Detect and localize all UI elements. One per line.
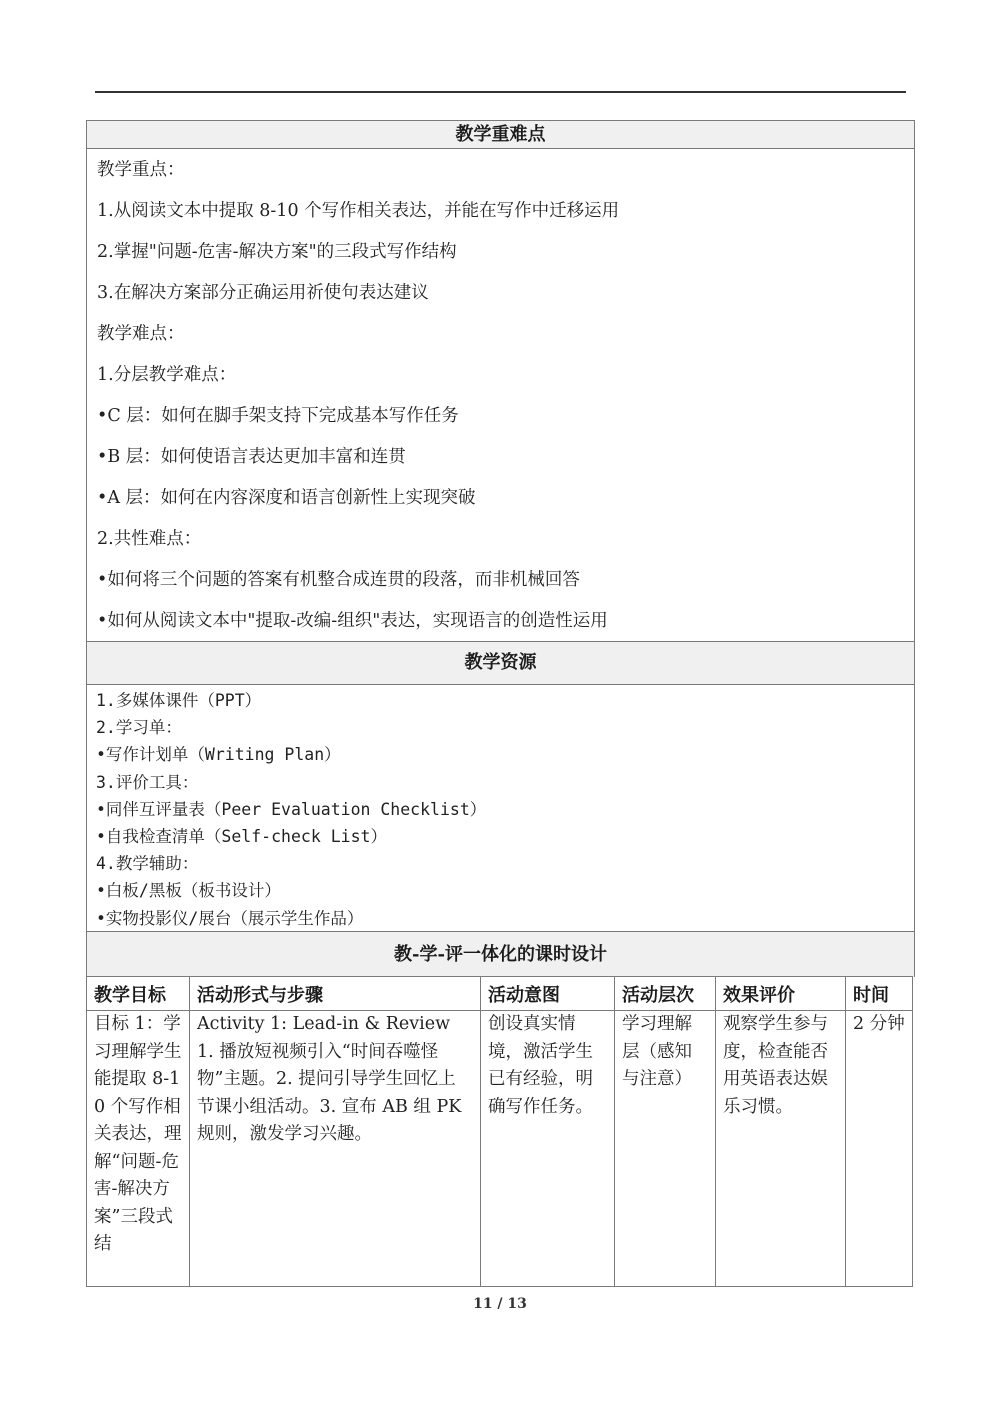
- resource-item: •白板/黑板（板书设计）: [96, 877, 914, 904]
- column-header-intent: 活动意图: [481, 977, 615, 1011]
- key-points-line: •C 层：如何在脚手架支持下完成基本写作任务: [97, 405, 459, 427]
- intent-cell: 创设真实情境，激活学生已有经验，明确写作任务。: [481, 1011, 615, 1287]
- resource-item: •写作计划单（Writing Plan）: [96, 741, 914, 768]
- key-points-line: 1.从阅读文本中提取 8-10 个写作相关表达，并能在写作中迁移运用: [97, 200, 619, 222]
- key-points-line: •B 层：如何使语言表达更加丰富和连贯: [97, 446, 406, 468]
- key-points-line: 1.分层教学难点：: [97, 364, 236, 386]
- resources-title: 教学资源: [87, 642, 914, 685]
- table-row: 目标 1：学习理解学生能提取 8-10 个写作相关表达，理解“问题-危害-解决方…: [87, 1011, 913, 1287]
- resource-item: 2.学习单：: [96, 714, 914, 741]
- key-points-line: 2.掌握"问题-危害-解决方案"的三段式写作结构: [97, 241, 457, 263]
- page-header-rule: [95, 91, 906, 93]
- key-points-section: 教学重难点 教学重点： 1.从阅读文本中提取 8-10 个写作相关表达，并能在写…: [86, 120, 915, 642]
- key-points-line: •A 层：如何在内容深度和语言创新性上实现突破: [97, 487, 476, 509]
- resources-list: 1.多媒体课件（PPT） 2.学习单： •写作计划单（Writing Plan）…: [87, 685, 914, 932]
- lesson-design-title: 教-学-评一体化的课时设计: [87, 932, 914, 977]
- evaluation-cell: 观察学生参与度，检查能否用英语表达娱乐习惯。: [716, 1011, 846, 1287]
- level-cell: 学习理解层（感知与注意）: [615, 1011, 716, 1287]
- resource-item: 3.评价工具：: [96, 769, 914, 796]
- column-header-objective: 教学目标: [87, 977, 190, 1011]
- resource-item: •实物投影仪/展台（展示学生作品）: [96, 905, 914, 932]
- activity-steps: 1. 播放短视频引入“时间吞噬怪物”主题。2. 提问引导学生回忆上节课小组活动。…: [197, 1039, 473, 1149]
- resource-item: •自我检查清单（Self-check List）: [96, 823, 914, 850]
- lesson-design-section: 教-学-评一体化的课时设计: [86, 931, 915, 977]
- resource-item: •同伴互评量表（Peer Evaluation Checklist）: [96, 796, 914, 823]
- time-cell: 2 分钟: [846, 1011, 913, 1287]
- key-points-line: •如何将三个问题的答案有机整合成连贯的段落，而非机械回答: [97, 569, 580, 591]
- resources-section: 教学资源 1.多媒体课件（PPT） 2.学习单： •写作计划单（Writing …: [86, 641, 915, 932]
- table-header-row: 教学目标 活动形式与步骤 活动意图 活动层次 效果评价 时间: [87, 977, 913, 1011]
- column-header-time: 时间: [846, 977, 913, 1011]
- page-number: 11 / 13: [0, 1296, 1000, 1312]
- column-header-evaluation: 效果评价: [716, 977, 846, 1011]
- key-points-line: 教学重点：: [97, 159, 185, 181]
- key-points-line: 教学难点：: [97, 323, 185, 345]
- lesson-design-table: 教学目标 活动形式与步骤 活动意图 活动层次 效果评价 时间 目标 1：学习理解…: [86, 976, 913, 1287]
- column-header-level: 活动层次: [615, 977, 716, 1011]
- activity-cell: Activity 1: Lead-in & Review 1. 播放短视频引入“…: [190, 1011, 481, 1287]
- key-points-line: •如何从阅读文本中"提取-改编-组织"表达，实现语言的创造性运用: [97, 610, 608, 632]
- activity-title: Activity 1: Lead-in & Review: [197, 1011, 473, 1039]
- key-points-title: 教学重难点: [87, 121, 914, 149]
- key-points-line: 2.共性难点：: [97, 528, 201, 550]
- resource-item: 1.多媒体课件（PPT）: [96, 687, 914, 714]
- key-points-line: 3.在解决方案部分正确运用祈使句表达建议: [97, 282, 429, 304]
- column-header-activity: 活动形式与步骤: [190, 977, 481, 1011]
- objective-cell: 目标 1：学习理解学生能提取 8-10 个写作相关表达，理解“问题-危害-解决方…: [87, 1011, 190, 1287]
- resource-item: 4.教学辅助：: [96, 850, 914, 877]
